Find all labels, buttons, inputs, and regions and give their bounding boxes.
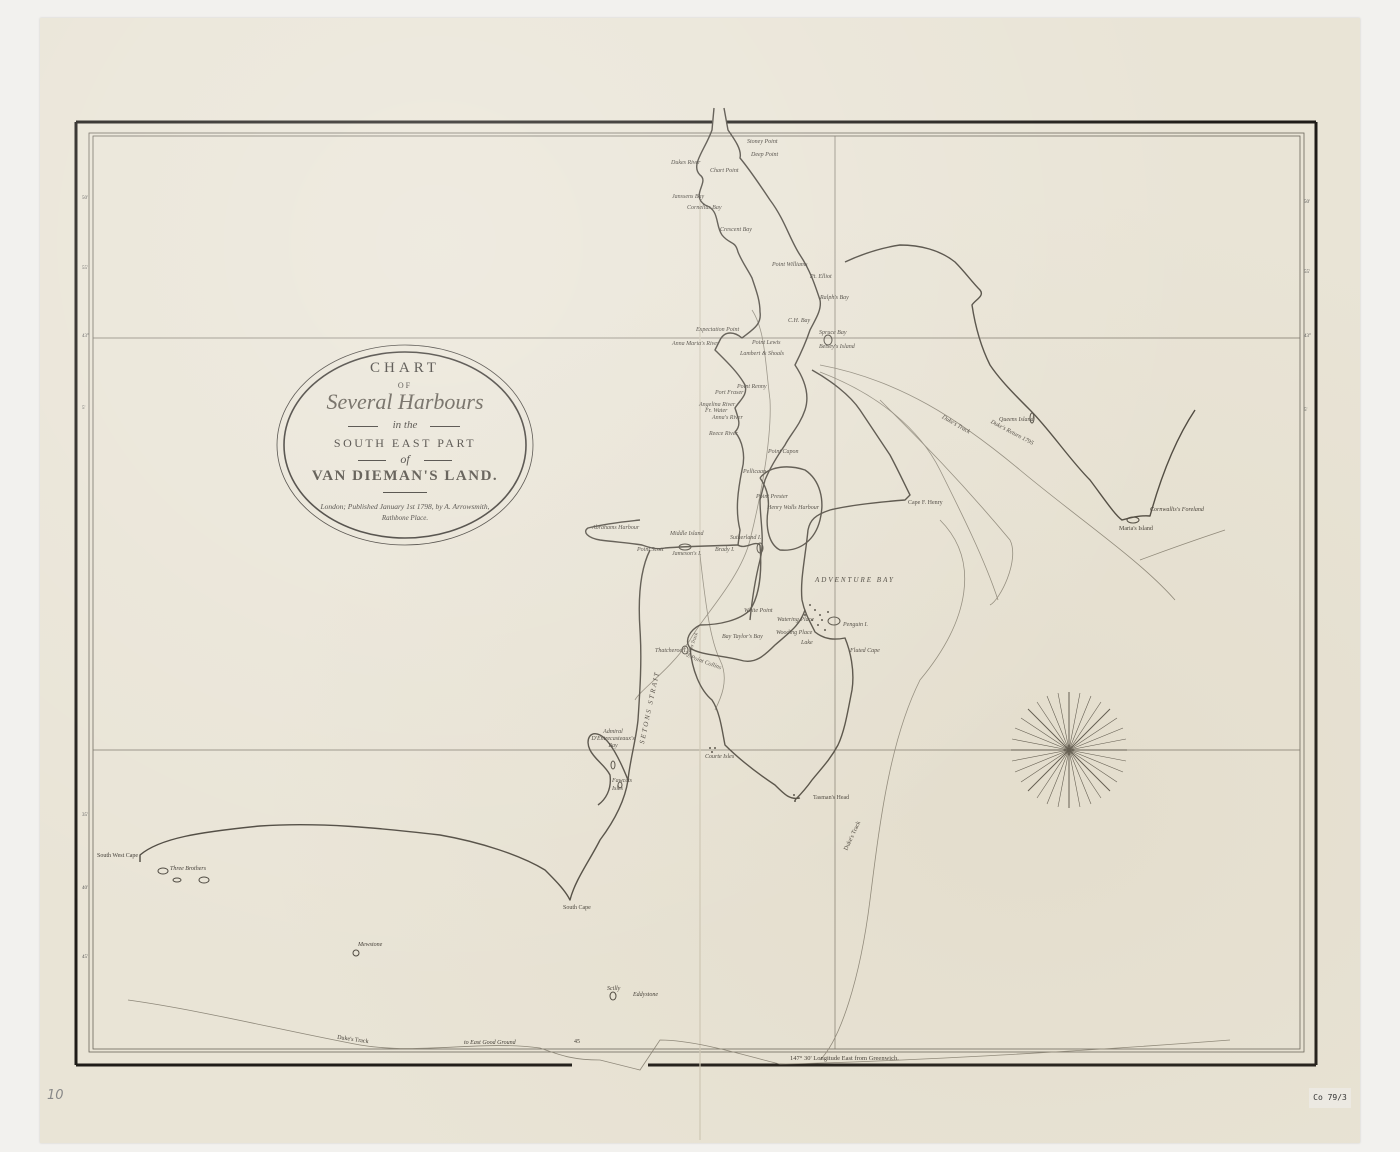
- cartouche-south-east-part: SOUTH EAST PART: [278, 436, 532, 451]
- rule-center: [383, 492, 427, 493]
- lat-tick-left-55: 55': [82, 266, 88, 271]
- compass-rose: [1011, 692, 1127, 808]
- label-spruce-bay: Spruce Bay: [819, 330, 847, 336]
- label-cornwallis-foreland: Cornwallis's Foreland: [1150, 507, 1204, 513]
- label-fresh-water: Fr. Water: [705, 408, 727, 414]
- label-dukes-river: Dukes River: [671, 160, 701, 166]
- lat-tick-left-40: 40': [82, 886, 88, 891]
- cartouche-chart: CHART: [278, 360, 532, 377]
- label-south-cape: South Cape: [563, 905, 591, 911]
- label-mewstone: Mewstone: [358, 942, 382, 948]
- label-crescent-bay: Crescent Bay: [720, 227, 752, 233]
- lat-tick-right-50: 50': [1304, 200, 1310, 205]
- label-point-lewis: Point Lewis: [752, 340, 781, 346]
- label-cornelius-bay: Cornelius Bay: [687, 205, 722, 211]
- longitude-note: 147° 30' Longitude East from Greenwich.: [790, 1055, 899, 1062]
- label-south-west-cape: South West Cape: [97, 853, 138, 859]
- publisher-line: London; Published January 1st 1798, by A…: [278, 502, 532, 511]
- catalog-stamp: Co 79/3: [1309, 1088, 1351, 1108]
- label-point-capon: Point Capon: [768, 449, 799, 455]
- publisher-address: Rathbone Place.: [278, 514, 532, 522]
- label-bay-taylors-bay: Bay Taylor's Bay: [722, 634, 763, 640]
- label-tasmans-head: Tasman's Head: [813, 795, 849, 801]
- label-reece-river: Reece River: [709, 431, 738, 437]
- lat-tick-left-35: 35': [82, 813, 88, 818]
- label-wooding-place: Wooding Place: [776, 630, 812, 636]
- label-ch-bay: C.H. Bay: [788, 318, 810, 324]
- label-janssens-bay: Janssens Bay: [672, 194, 704, 200]
- label-marias-island: Maria's Island: [1119, 526, 1153, 532]
- lat-tick-left-50: 50': [82, 196, 88, 201]
- label-expectation-point: Expectation Point: [696, 327, 739, 333]
- label-lake: Lake: [801, 640, 813, 646]
- sounding-45: 45: [574, 1039, 580, 1045]
- map-sheet: CHART OF Several Harbours in the SOUTH E…: [40, 18, 1360, 1143]
- label-lambert-shoals: Lambert & Shoals: [740, 351, 784, 357]
- lat-tick-right-43: 43°: [1304, 334, 1311, 339]
- lat-tick-left-45: 45': [82, 955, 88, 960]
- label-cape-f-henry: Cape F. Henry: [908, 500, 943, 506]
- label-ralphs-bay: Ralph's Bay: [820, 295, 849, 301]
- label-point-prester: Point Prester: [756, 494, 788, 500]
- label-point-williams: Point Williams: [772, 262, 808, 268]
- label-betseys-island: Betsey's Island: [819, 344, 855, 350]
- label-chart-point: Chart Point: [710, 168, 739, 174]
- lat-tick-right-5: 5': [1304, 408, 1307, 413]
- lat-tick-left-5: 5': [82, 406, 85, 411]
- label-adventure-bay: ADVENTURE BAY: [815, 576, 895, 584]
- lat-tick-right-55: 55': [1304, 270, 1310, 275]
- label-abrahams-harbour: Abrahams Harbour: [592, 525, 639, 531]
- label-deep-point: Deep Point: [751, 152, 778, 158]
- label-penguin-island: Penguin I.: [843, 622, 868, 628]
- label-queens-island: Queens Island: [999, 417, 1034, 423]
- label-three-brothers: Three Brothers: [170, 866, 206, 872]
- rule-right-2: [424, 460, 452, 461]
- label-admiral-bay: Admiral D'Entrecasteaux's Bay: [591, 729, 635, 750]
- label-fawcets-isles: Fawcets Isles: [612, 777, 632, 793]
- label-stoney-point: Stoney Point: [747, 139, 778, 145]
- cartouche-van-diemans-land: VAN DIEMAN'S LAND.: [278, 468, 532, 485]
- label-watering-place: Watering Place: [777, 617, 814, 623]
- label-eddystone: Eddystone: [633, 992, 658, 998]
- cartouche-in-the: in the: [278, 419, 532, 431]
- label-brady-island: Brady I.: [715, 547, 735, 553]
- label-thatcheroe-island: Thatcheroe I.: [655, 648, 687, 654]
- chart-svg: [40, 18, 1360, 1143]
- label-pellicaan: Pellicaan: [743, 469, 766, 475]
- label-port-fraser: Port Fraser: [715, 390, 744, 396]
- label-jamesons-island: Jameson's I.: [672, 551, 702, 557]
- label-white-point: White Point: [744, 608, 773, 614]
- label-to-east-good-ground: to East Good Ground: [464, 1040, 516, 1046]
- lat-tick-left-43: 43°: [82, 334, 89, 339]
- label-sutherland-island: Sutherland I.: [730, 535, 761, 541]
- label-point-scott: Point Scott: [637, 547, 664, 553]
- rule-right: [430, 426, 460, 427]
- inner-border: [89, 133, 1304, 1052]
- label-henry-walls-harbour: Henry Walls Harbour: [767, 505, 819, 511]
- label-scilly: Scilly: [607, 986, 620, 992]
- cartouche-of-2: of: [278, 452, 532, 467]
- label-pt-elliot: Pt. Elliot: [810, 274, 832, 280]
- label-middle-island: Middle Island: [670, 531, 704, 537]
- neat-line-frame: [76, 122, 1316, 1065]
- label-courte-isles: Courte Isles: [705, 754, 734, 760]
- pencil-annotation: 10: [47, 1088, 64, 1103]
- label-anna-marias-river: Anna Maria's River: [672, 341, 719, 347]
- label-fluted-cape: Fluted Cape: [850, 648, 880, 654]
- label-annas-river: Anna's River: [712, 415, 743, 421]
- title-cartouche: CHART OF Several Harbours in the SOUTH E…: [278, 352, 532, 542]
- cartouche-several-harbours: Several Harbours: [278, 389, 532, 415]
